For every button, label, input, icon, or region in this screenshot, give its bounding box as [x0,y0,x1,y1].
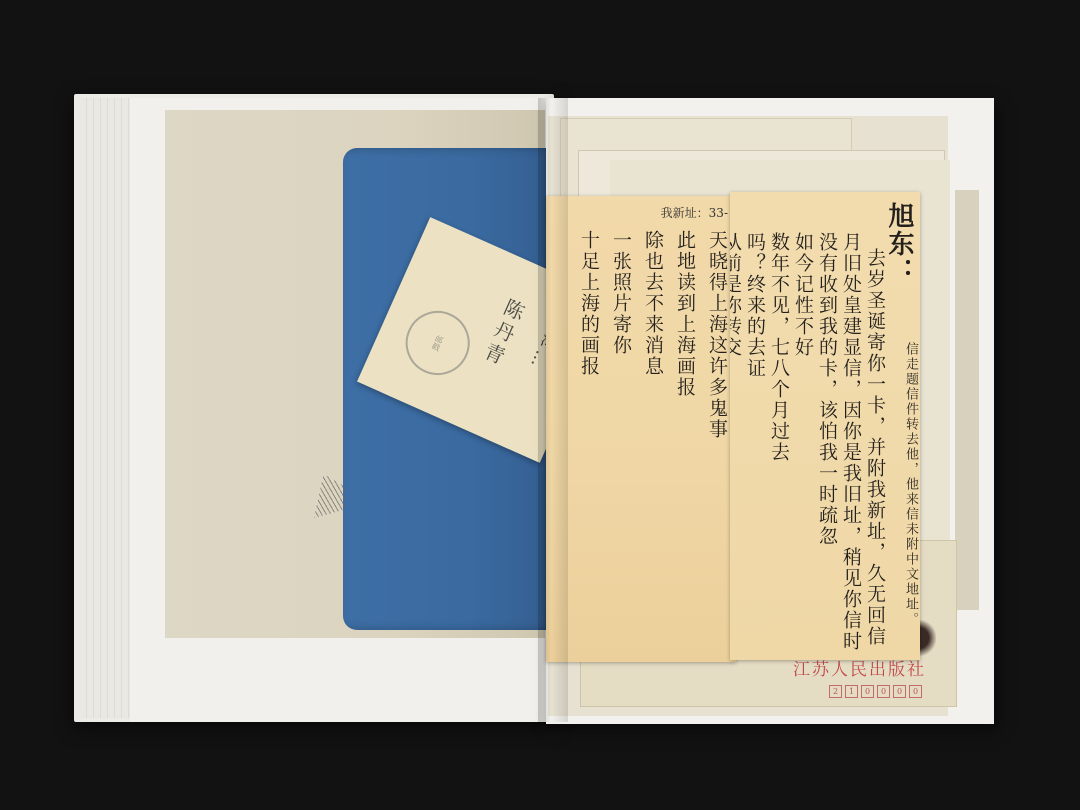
letter-side-note: 信走题信件转去他，他来信未附中文地址。 [902,342,918,627]
letter-salutation: 旭东： [888,202,910,286]
letter-column: 没有收到我的卡，该怕我一时疏忽 [816,232,838,547]
book-gutter [538,98,568,722]
letter-page-2: 旭东： 信走题信件转去他，他来信未附中文地址。 去岁圣诞寄你一卡，并附我新址，久… [730,192,920,660]
letter-address: 我新址：33- [661,204,728,221]
letter-column: 吗？终来的去证 [744,232,766,379]
letter-column: 数年不见，七八个月过去 [768,232,790,463]
letter-column: 月旧处皇建显信，因你是我旧址，稍见你信时 [840,232,862,652]
letter-column: 除也去不来消息 [642,230,664,377]
letter-column: 从前是你转交 [730,232,742,358]
letter-column: 一张照片寄你 [610,230,632,356]
envelope-recipient: 陈丹青 [475,294,531,372]
postmark-stamp: 邮戳 [395,301,479,385]
letter-column: 此地读到上海画报 [674,230,696,398]
letter-column: 如今记性不好 [792,232,814,358]
letter-page-1: 我新址：33- 天晓得上海这许多鬼事 此地读到上海画报 除也去不来消息 一张照片… [546,196,736,662]
postcode-boxes: 2 1 0 0 0 0 [829,685,922,698]
letter-column: 去岁圣诞寄你一卡，并附我新址，久无回信 [864,248,886,647]
envelope-back-edge [955,190,979,610]
letter-column: 天晓得上海这许多鬼事 [706,230,728,440]
letter-column: 十足上海的画报 [578,230,600,377]
